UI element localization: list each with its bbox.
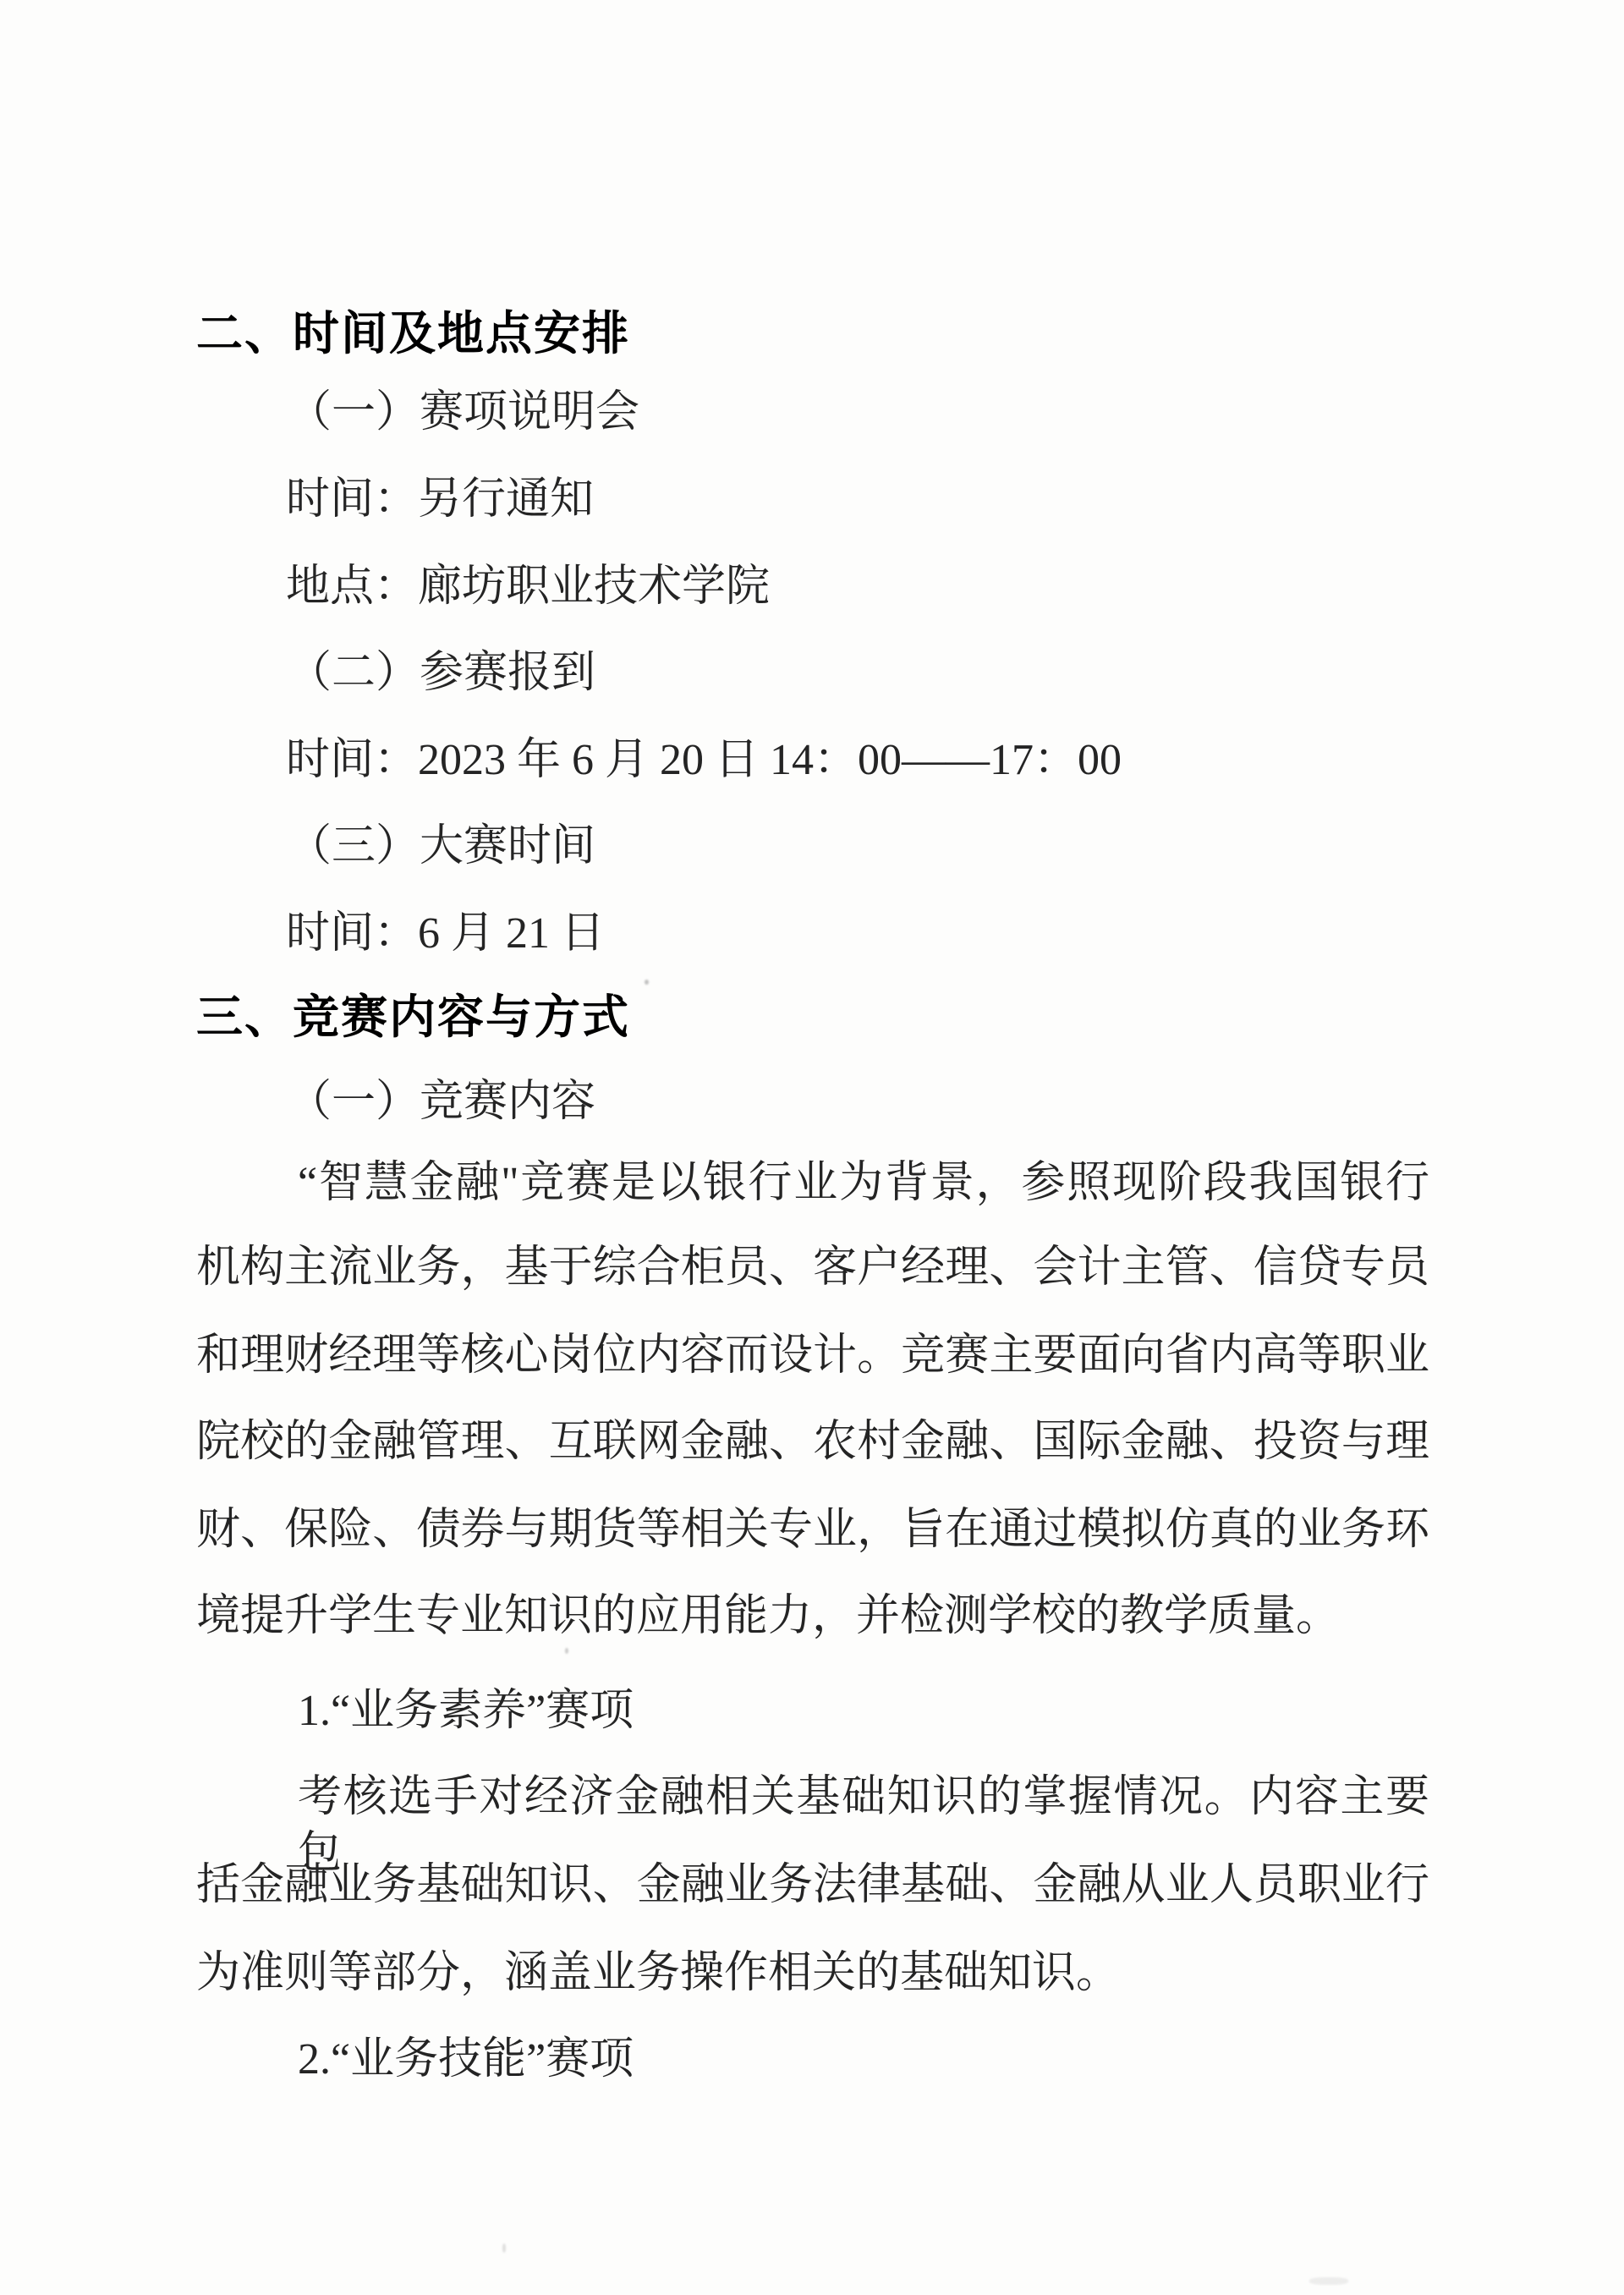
scan-artifact-dot [645,980,649,985]
section-2-item-1: （一）赛项说明会 [288,385,639,444]
event-1-heading: 1.“业务素养”赛项 [298,1683,634,1743]
scanned-document-page: 二、时间及地点安排 （一）赛项说明会 时间：另行通知 地点：廊坊职业技术学院 （… [0,0,1624,2295]
section-3-subheading: （一）竞赛内容 [288,1074,595,1134]
intro-paragraph-line: “智慧金融"竞赛是以银行业为背景，参照现阶段我国银行 [298,1156,1429,1215]
intro-paragraph-line: 和理财经理等核心岗位内容而设计。竞赛主要面向省内高等职业 [196,1328,1429,1387]
scan-artifact-smudge [1309,2277,1348,2285]
section-2-time-2: 时间：2023 年 6 月 20 日 14：00——17：00 [286,733,1122,792]
section-2-item-2: （二）参赛报到 [288,645,595,705]
event-1-paragraph-line: 为准则等部分，涵盖业务操作相关的基础知识。 [196,1946,1120,2005]
section-3-heading: 三、竞赛内容与方式 [196,990,630,1049]
intro-paragraph-line: 境提升学生专业知识的应用能力，并检测学校的教学质量。 [196,1589,1340,1648]
intro-paragraph-line: 院校的金融管理、互联网金融、农村金融、国际金融、投资与理 [196,1414,1429,1474]
event-1-paragraph-line: 括金融业务基础知识、金融业务法律基础、金融从业人员职业行 [196,1858,1429,1917]
section-2-heading: 二、时间及地点安排 [196,306,630,365]
scan-artifact-dot [502,2243,506,2253]
intro-paragraph-line: 财、保险、债券与期货等相关专业，旨在通过模拟仿真的业务环 [196,1502,1429,1562]
event-2-heading: 2.“业务技能”赛项 [298,2032,634,2091]
scan-artifact-dot [565,1648,568,1654]
event-1-paragraph-line: 考核选手对经济金融相关基础知识的掌握情况。内容主要包 [298,1770,1429,1829]
section-2-place-1: 地点：廊坊职业技术学院 [286,559,770,618]
section-2-time-3: 时间：6 月 21 日 [286,906,605,965]
intro-paragraph-line: 机构主流业务，基于综合柜员、客户经理、会计主管、信贷专员 [196,1240,1429,1299]
section-2-time-1: 时间：另行通知 [286,472,594,531]
section-2-item-3: （三）大赛时间 [288,819,595,878]
